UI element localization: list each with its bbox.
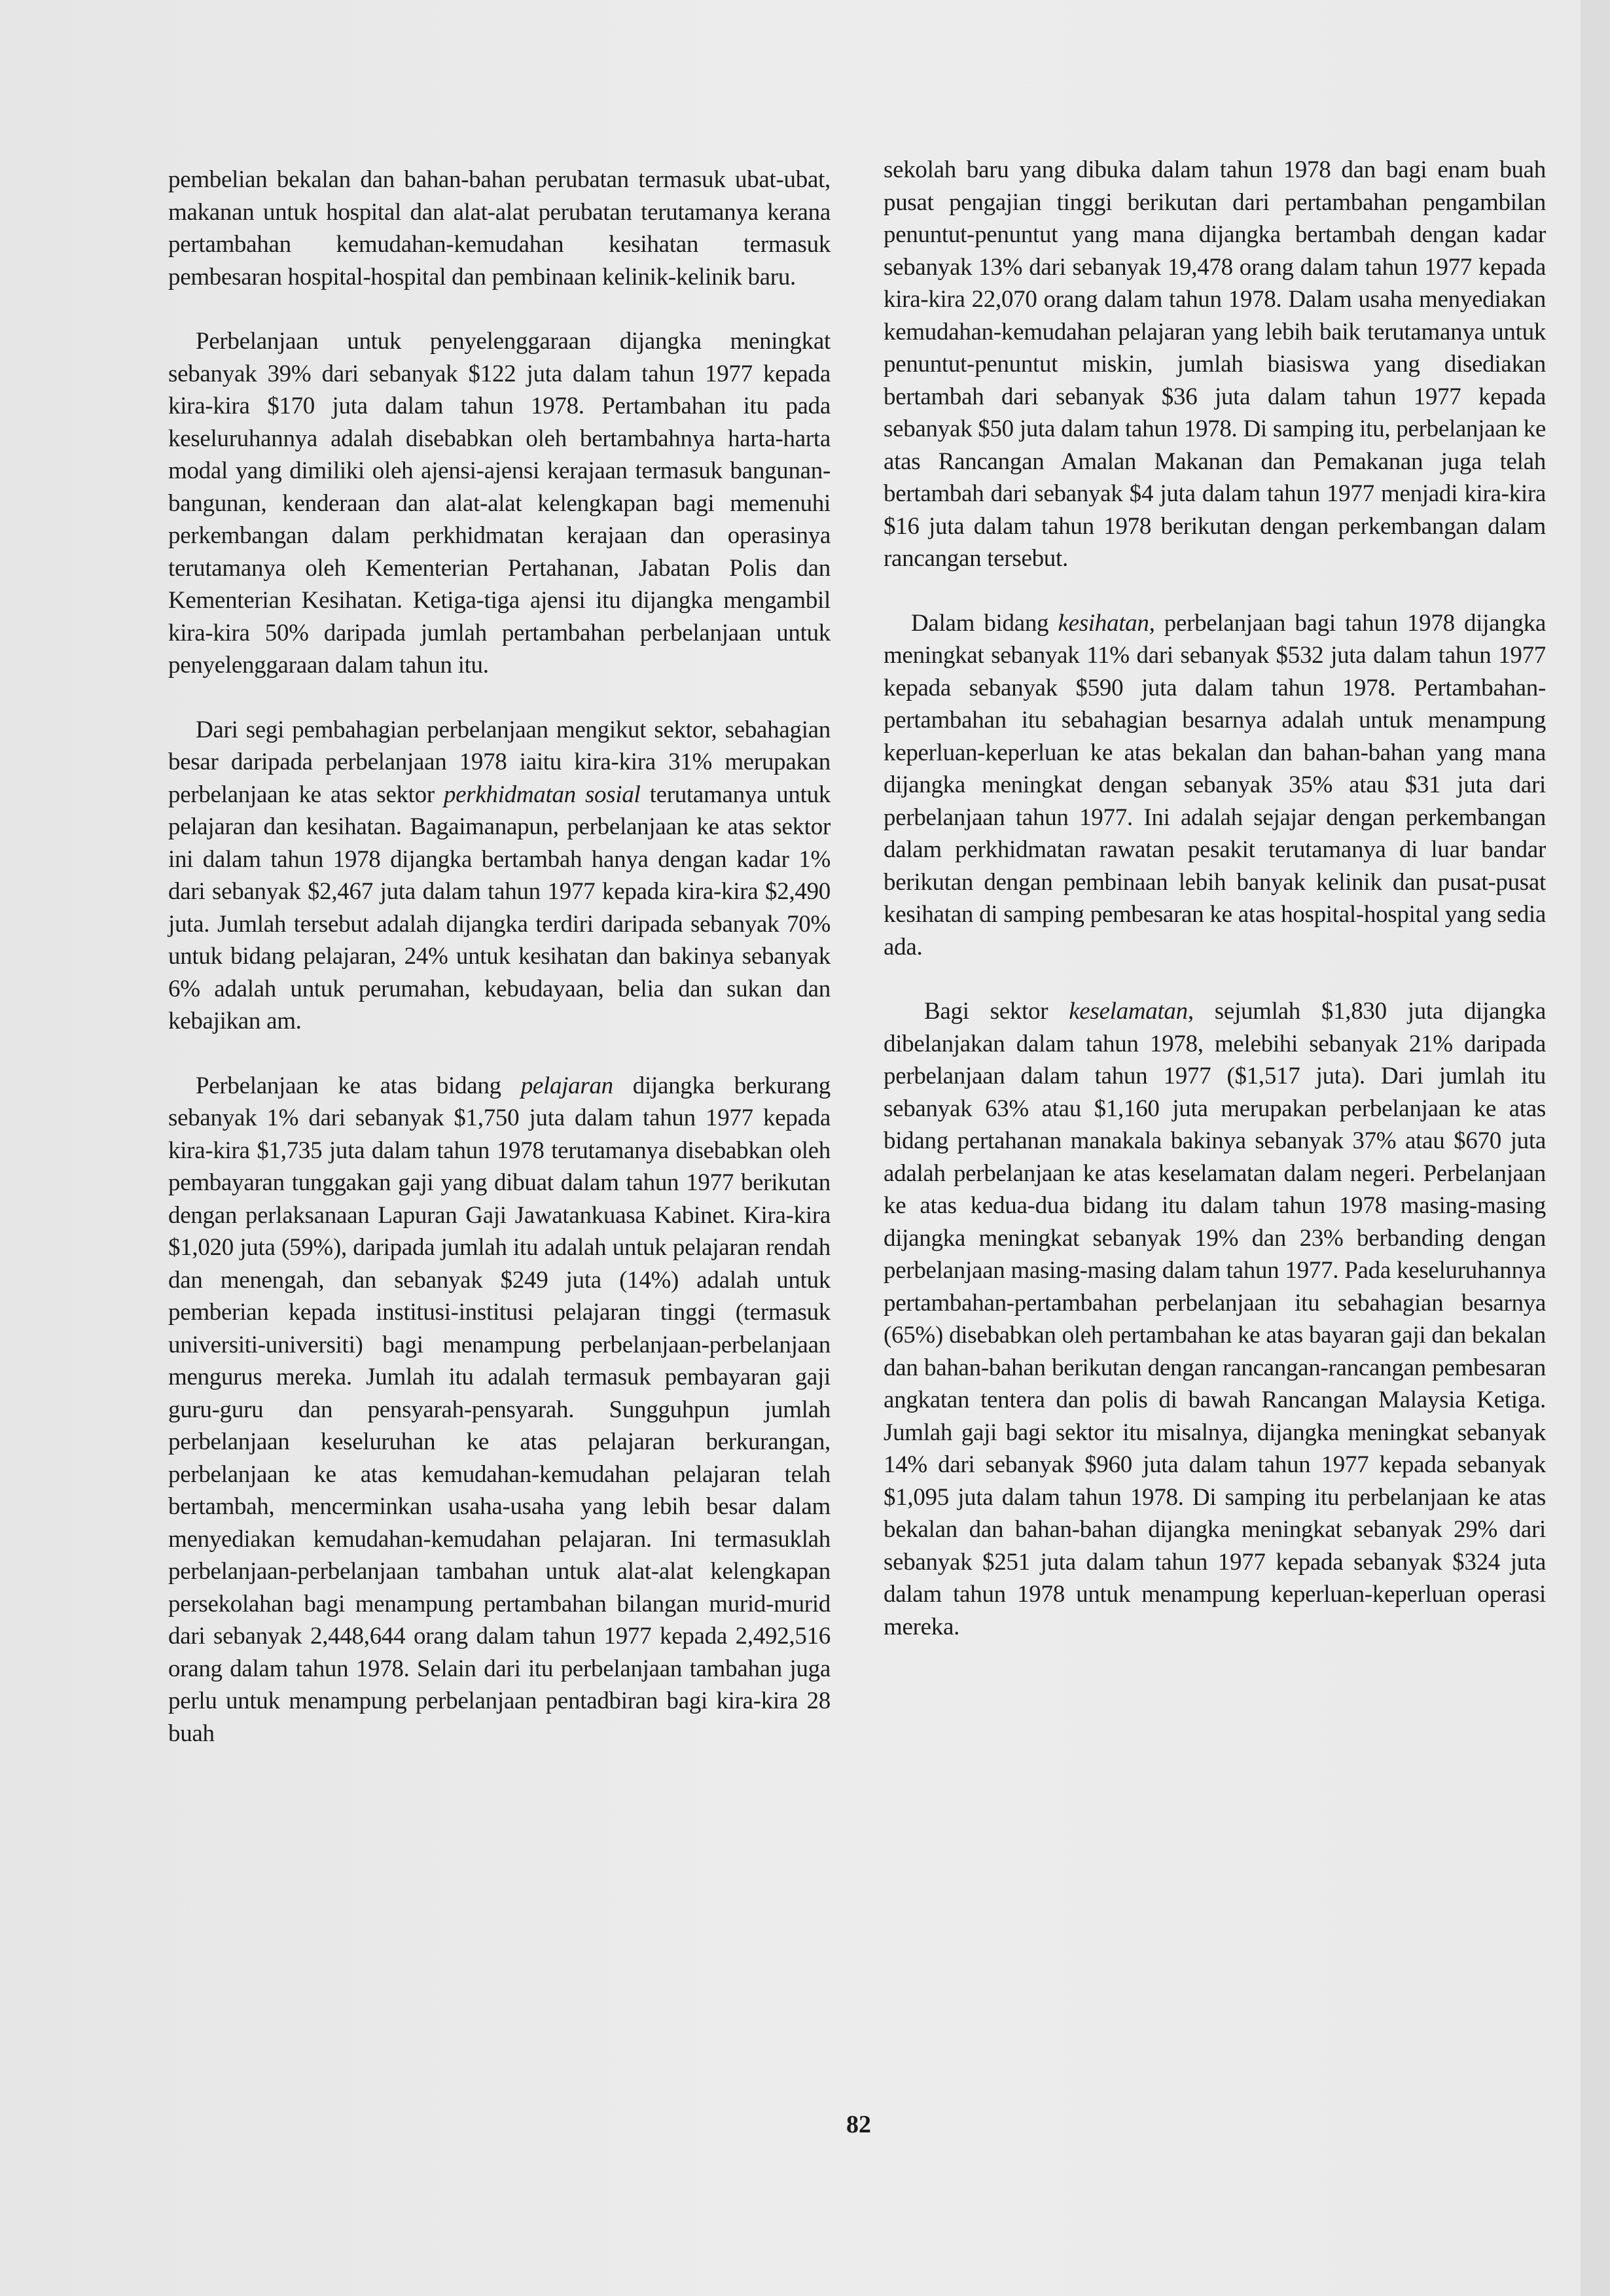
paragraph-social-services-sector: Dari segi pembahagian perbelanjaan mengi… [168, 714, 831, 1038]
paragraph-text-after: terutamanya untuk pelajaran dan kesihata… [168, 781, 831, 1035]
right-column: sekolah baru yang dibuka dalam tahun 197… [884, 154, 1546, 1675]
paragraph-maintenance-expenditure: Perbelanjaan untuk penyelenggaraan dijan… [168, 325, 831, 682]
paragraph-health-expenditure: Dalam bidang kesihatan, perbelanjaan bag… [884, 607, 1546, 964]
italic-term-security: keselamatan, [1069, 998, 1194, 1025]
italic-term-education: pelajaran [521, 1072, 613, 1099]
paragraph-text-before: Dalam bidang [911, 610, 1058, 637]
document-page: pembelian bekalan dan bahan-bahan peruba… [0, 0, 1581, 2296]
italic-term-social-services: perkhidmatan sosial [444, 781, 641, 808]
italic-term-health: kesihatan, [1058, 610, 1154, 637]
paragraph-text-after: dijangka berkurang sebanyak 1% dari seba… [168, 1072, 831, 1747]
left-column: pembelian bekalan dan bahan-bahan peruba… [168, 164, 831, 1782]
paragraph-text-after: perbelanjaan bagi tahun 1978 dijangka me… [884, 610, 1546, 961]
paragraph-education-expenditure: Perbelanjaan ke atas bidang pelajaran di… [168, 1070, 831, 1750]
paragraph-text-after: sejumlah $1,830 juta dijangka dibelanjak… [884, 998, 1546, 1640]
paragraph-text-before: Bagi sektor [924, 998, 1069, 1025]
page-number: 82 [846, 2110, 871, 2139]
paragraph-medical-supplies: pembelian bekalan dan bahan-bahan peruba… [168, 164, 831, 293]
page-edge-shadow [1581, 0, 1610, 2296]
paragraph-text-before: Perbelanjaan ke atas bidang [196, 1072, 521, 1099]
paragraph-schools-and-scholarships: sekolah baru yang dibuka dalam tahun 197… [884, 154, 1546, 575]
paragraph-security-expenditure: Bagi sektor keselamatan, sejumlah $1,830… [884, 995, 1546, 1643]
